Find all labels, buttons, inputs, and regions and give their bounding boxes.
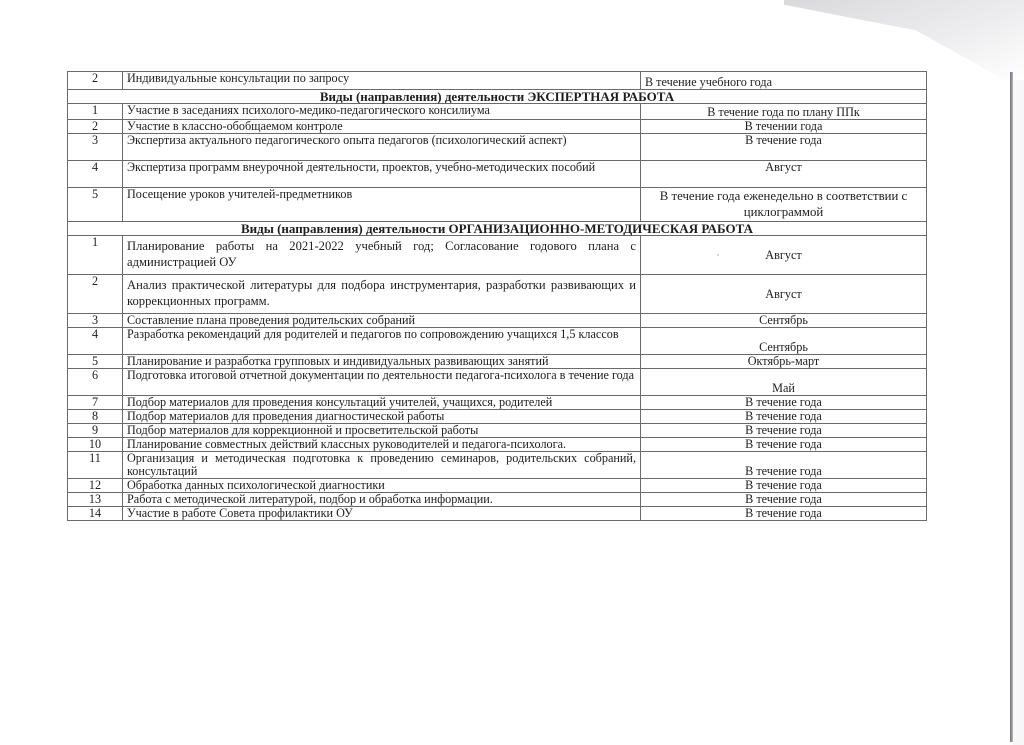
section-title-expert: Виды (направления) деятельности ЭКСПЕРТН…: [68, 90, 927, 104]
row-number: 7: [68, 396, 123, 410]
activity-cell: Подбор материалов для коррекционной и пр…: [123, 424, 641, 438]
activity-cell: Участие в работе Совета профилактики ОУ: [123, 507, 641, 521]
timing-cell: В течении года: [641, 120, 927, 134]
timing-cell: В течение года: [641, 438, 927, 452]
table-row: 12 Обработка данных психологической диаг…: [68, 479, 927, 493]
table-row: 11 Организация и методическая подготовка…: [68, 452, 927, 479]
activity-cell: Планирование работы на 2021-2022 учебный…: [123, 236, 641, 275]
table-row: 1 Планирование работы на 2021-2022 учебн…: [68, 236, 927, 275]
row-number: 1: [68, 104, 123, 120]
timing-cell: В течение года: [641, 479, 927, 493]
section-title-org-method: Виды (направления) деятельности ОРГАНИЗА…: [68, 222, 927, 236]
section-header-row: Виды (направления) деятельности ЭКСПЕРТН…: [68, 90, 927, 104]
table-row: 10 Планирование совместных действий клас…: [68, 438, 927, 452]
table-row: 1 Участие в заседаниях психолого-медико-…: [68, 104, 927, 120]
page-edge-shadow: [1010, 72, 1013, 742]
timing-cell: В течение года по плану ППк: [641, 104, 927, 120]
row-number: 8: [68, 410, 123, 424]
activity-cell: Участие в заседаниях психолого-медико-пе…: [123, 104, 641, 120]
row-number: 4: [68, 328, 123, 355]
row-number: 4: [68, 161, 123, 188]
timing-cell: Сентябрь: [641, 314, 927, 328]
table-row: 2 Индивидуальные консультации по запросу…: [68, 72, 927, 90]
activity-cell: Анализ практической литературы для подбо…: [123, 275, 641, 314]
table-row: 5 Планирование и разработка групповых и …: [68, 355, 927, 369]
activity-cell: Работа с методической литературой, подбо…: [123, 493, 641, 507]
table-row: 4 Экспертиза программ внеурочной деятель…: [68, 161, 927, 188]
row-number: 3: [68, 134, 123, 161]
activity-cell: Подбор материалов для проведения консуль…: [123, 396, 641, 410]
timing-cell: В течение года: [641, 410, 927, 424]
activity-cell: Экспертиза программ внеурочной деятельно…: [123, 161, 641, 188]
table-row: 14 Участие в работе Совета профилактики …: [68, 507, 927, 521]
table-row: 2 Участие в классно-обобщаемом контроле …: [68, 120, 927, 134]
table-row: 13 Работа с методической литературой, по…: [68, 493, 927, 507]
table-row: 8 Подбор материалов для проведения диагн…: [68, 410, 927, 424]
activity-cell: Индивидуальные консультации по запросу: [123, 72, 641, 90]
row-number: 12: [68, 479, 123, 493]
activity-cell: Участие в классно-обобщаемом контроле: [123, 120, 641, 134]
row-number: 1: [68, 236, 123, 275]
row-number: 5: [68, 188, 123, 222]
activity-cell: Обработка данных психологической диагнос…: [123, 479, 641, 493]
row-number: 2: [68, 120, 123, 134]
row-number: 13: [68, 493, 123, 507]
activity-cell: Разработка рекомендаций для родителей и …: [123, 328, 641, 355]
section-header-row: Виды (направления) деятельности ОРГАНИЗА…: [68, 222, 927, 236]
activity-cell: Планирование совместных действий классны…: [123, 438, 641, 452]
timing-cell: Август: [641, 161, 927, 188]
row-number: 5: [68, 355, 123, 369]
timing-cell: Май: [641, 369, 927, 396]
activity-cell: Составление плана проведения родительски…: [123, 314, 641, 328]
work-plan-table: 2 Индивидуальные консультации по запросу…: [67, 71, 927, 521]
activity-cell: Экспертиза актуального педагогического о…: [123, 134, 641, 161]
activity-cell: Посещение уроков учителей-предметников: [123, 188, 641, 222]
timing-cell: В течение года: [641, 507, 927, 521]
timing-cell: Октябрь-март: [641, 355, 927, 369]
row-number: 6: [68, 369, 123, 396]
table-row: 2 Анализ практической литературы для под…: [68, 275, 927, 314]
row-number: 2: [68, 72, 123, 90]
table-row: 4 Разработка рекомендаций для родителей …: [68, 328, 927, 355]
timing-cell: В течение года: [641, 452, 927, 479]
timing-cell: В течение года: [641, 424, 927, 438]
activity-cell: Подбор материалов для проведения диагнос…: [123, 410, 641, 424]
table-row: 6 Подготовка итоговой отчетной документа…: [68, 369, 927, 396]
timing-cell: Сентябрь: [641, 328, 927, 355]
timing-cell: В течение года: [641, 493, 927, 507]
folded-page-corner: [784, 0, 1024, 80]
activity-cell: Подготовка итоговой отчетной документаци…: [123, 369, 641, 396]
timing-cell: Август: [641, 275, 927, 314]
row-number: 14: [68, 507, 123, 521]
scan-margin: [1013, 0, 1024, 745]
row-number: 3: [68, 314, 123, 328]
table-row: 3 Экспертиза актуального педагогического…: [68, 134, 927, 161]
row-number: 9: [68, 424, 123, 438]
row-number: 11: [68, 452, 123, 479]
timing-cell: В течение года: [641, 134, 927, 161]
timing-cell: В течение учебного года: [641, 72, 927, 90]
table-row: 5 Посещение уроков учителей-предметников…: [68, 188, 927, 222]
timing-cell: В течение года: [641, 396, 927, 410]
activity-cell: Планирование и разработка групповых и ин…: [123, 355, 641, 369]
row-number: 2: [68, 275, 123, 314]
activity-cell: Организация и методическая подготовка к …: [123, 452, 641, 479]
table-row: 3 Составление плана проведения родительс…: [68, 314, 927, 328]
timing-cell: В течение года еженедельно в соответстви…: [641, 188, 927, 222]
table-row: 7 Подбор материалов для проведения консу…: [68, 396, 927, 410]
timing-cell: Август: [641, 236, 927, 275]
row-number: 10: [68, 438, 123, 452]
table-row: 9 Подбор материалов для коррекционной и …: [68, 424, 927, 438]
